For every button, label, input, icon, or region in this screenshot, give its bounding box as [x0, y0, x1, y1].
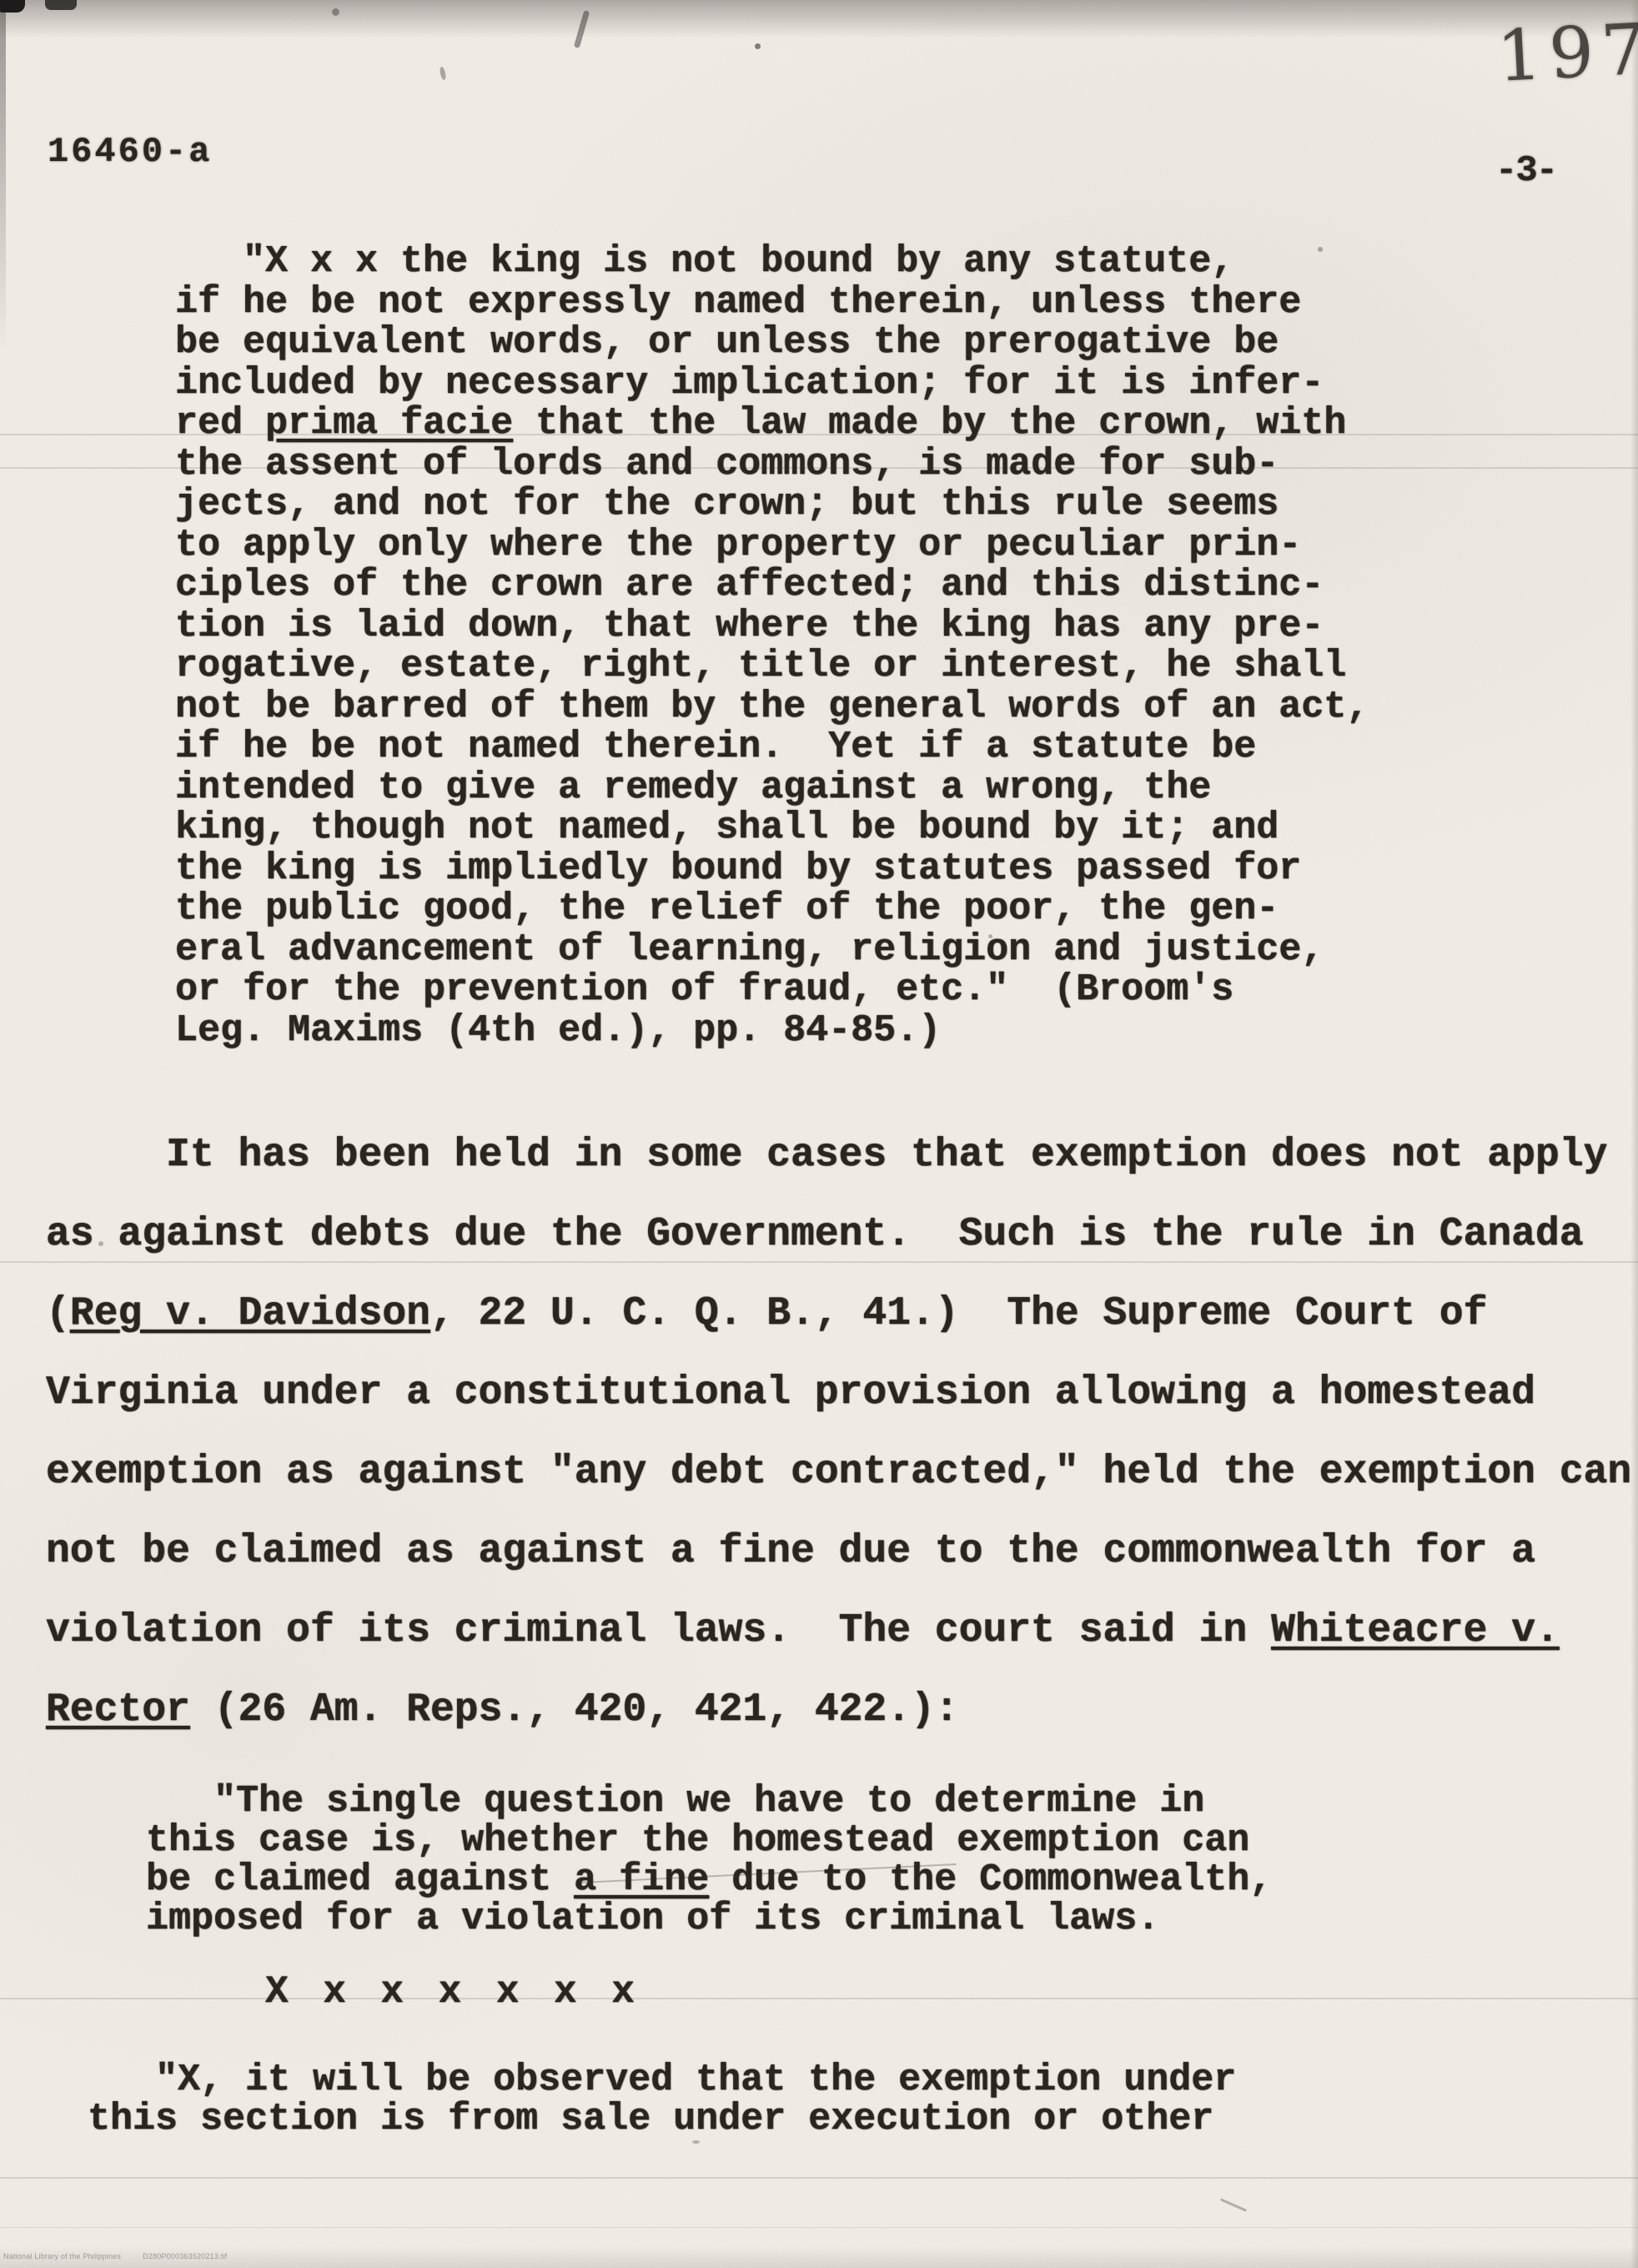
document-page: 197 16460-a -3- "X x x the king is not b… — [0, 0, 1638, 2268]
text-line: if he be not named therein. Yet if a sta… — [175, 727, 1369, 768]
text-line: Leg. Maxims (4th ed.), pp. 84-85.) — [175, 1011, 1369, 1052]
text-line: red prima facie that the law made by the… — [175, 404, 1369, 445]
text-line: this case is, whether the homestead exem… — [146, 1821, 1272, 1860]
text-line: tion is laid down, that where the king h… — [175, 606, 1369, 647]
text-line: be equivalent words, or unless the prero… — [175, 323, 1369, 364]
paragraph-exemption-rule: It has been held in some cases that exem… — [46, 1116, 1631, 1750]
library-name: National Library of the Philippines — [3, 2252, 121, 2260]
text-line: the king is impliedly bound by statutes … — [175, 849, 1369, 890]
text-line: imposed for a violation of its criminal … — [146, 1899, 1272, 1939]
ink-speck — [439, 67, 446, 81]
blockquote-broom-maxims: "X x x the king is not bound by any stat… — [175, 242, 1369, 1051]
text-line: if he be not expressly named therein, un… — [175, 283, 1369, 324]
text-line: intended to give a remedy against a wron… — [175, 768, 1369, 809]
scan-artifact-line — [0, 1998, 1638, 1999]
text-line: It has been held in some cases that exem… — [46, 1116, 1631, 1195]
ink-speck — [692, 2140, 700, 2144]
text-line: not be claimed as against a fine due to … — [46, 1512, 1631, 1592]
ink-speck — [755, 43, 761, 49]
ink-speck — [0, 0, 25, 13]
scan-right-shadow — [1630, 0, 1638, 2268]
text-line: exemption as against "any debt contracte… — [46, 1433, 1631, 1512]
text-line: "X x x the king is not bound by any stat… — [175, 242, 1369, 283]
text-line: (Reg v. Davidson, 22 U. C. Q. B., 41.) T… — [46, 1275, 1631, 1354]
ink-speck — [332, 8, 339, 16]
text-line: "The single question we have to determin… — [146, 1782, 1272, 1821]
text-line: or for the prevention of fraud, etc." (B… — [175, 970, 1369, 1011]
text-line: Rector (26 Am. Reps., 420, 421, 422.): — [46, 1671, 1631, 1750]
scan-file-id: D280P000363520213.tif — [143, 2252, 227, 2260]
ink-speck — [1220, 2198, 1247, 2212]
page-stamp-number: 197 — [1495, 8, 1638, 98]
library-watermark: National Library of the PhilippinesD280P… — [3, 2252, 249, 2260]
text-line: violation of its criminal laws. The cour… — [46, 1592, 1631, 1671]
text-line: included by necessary implication; for i… — [175, 364, 1369, 405]
scan-artifact-line — [0, 2177, 1638, 2179]
text-line: the assent of lords and commons, is made… — [175, 445, 1369, 485]
text-line: rogative, estate, right, title or intere… — [175, 646, 1369, 687]
text-line: X x x x x x x — [265, 1970, 641, 2014]
text-line: to apply only where the property or pecu… — [175, 526, 1369, 566]
scan-top-shadow — [0, 0, 1638, 38]
text-line: this section is from sale under executio… — [88, 2100, 1236, 2139]
text-line: "X, it will be observed that the exempti… — [88, 2060, 1236, 2100]
blockquote-whiteacre-question: "The single question we have to determin… — [146, 1782, 1272, 1939]
blockquote-whiteacre-observation: "X, it will be observed that the exempti… — [88, 2060, 1236, 2139]
text-line: ciples of the crown are affected; and th… — [175, 566, 1369, 606]
scan-left-shadow — [0, 0, 6, 350]
text-line: Virginia under a constitutional provisio… — [46, 1354, 1631, 1433]
scan-artifact-line — [0, 2227, 1638, 2228]
text-line: jects, and not for the crown; but this r… — [175, 485, 1369, 526]
page-number: -3- — [1495, 150, 1556, 192]
document-number: 16460-a — [48, 132, 212, 172]
ink-speck — [45, 0, 77, 10]
text-line: not be barred of them by the general wor… — [175, 687, 1369, 728]
text-line: the public good, the relief of the poor,… — [175, 889, 1369, 930]
text-line: as against debts due the Government. Suc… — [46, 1195, 1631, 1275]
text-line: eral advancement of learning, religion a… — [175, 930, 1369, 971]
x-row-separator: X x x x x x x — [265, 1970, 641, 2014]
text-line: be claimed against a fine due to the Com… — [146, 1860, 1272, 1899]
text-line: king, though not named, shall be bound b… — [175, 808, 1369, 849]
